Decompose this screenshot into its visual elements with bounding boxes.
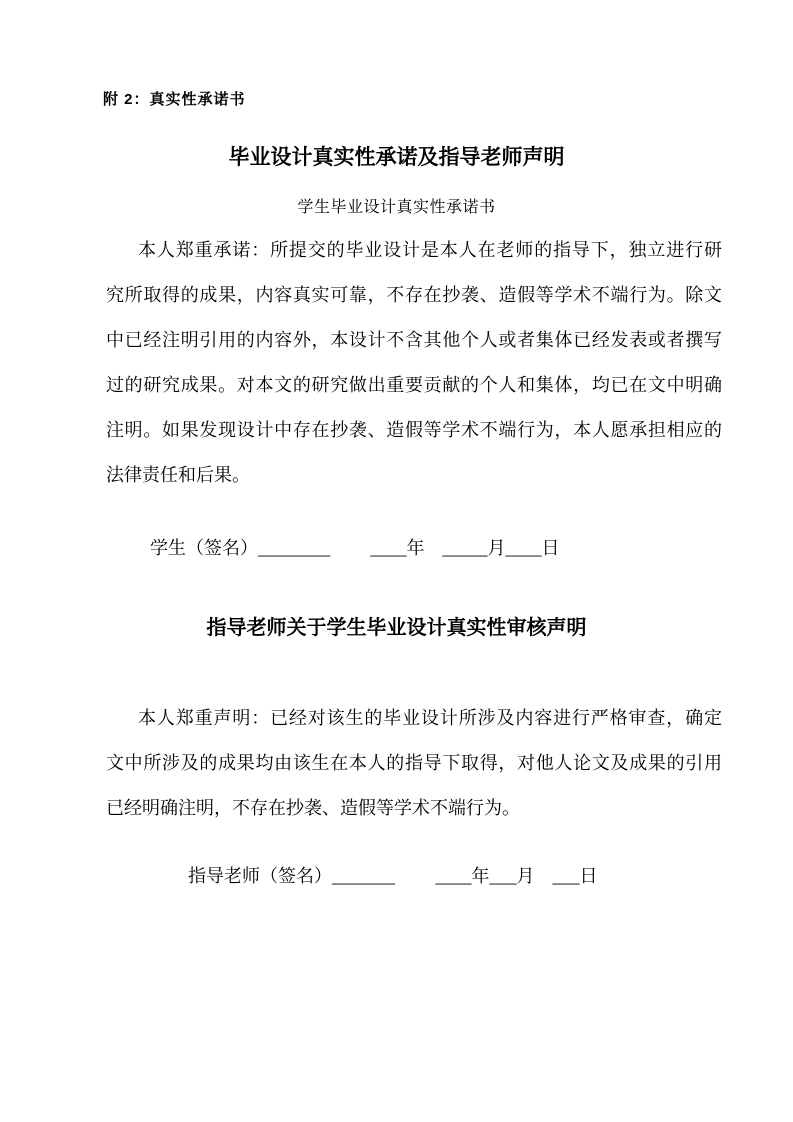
paragraph-line: 注明。如果发现设计中存在抄袭、造假等学术不端行为，本人愿承担相应的: [106, 408, 722, 453]
student-commitment-paragraph: 本人郑重承诺：所提交的毕业设计是本人在老师的指导下，独立进行研 究所取得的成果，…: [106, 228, 722, 498]
paragraph-line: 过的研究成果。对本文的研究做出重要贡献的个人和集体，均已在文中明确: [106, 363, 722, 408]
paragraph-line: 文中所涉及的成果均由该生在本人的指导下取得，对他人论文及成果的引用: [106, 741, 722, 786]
document-title: 毕业设计真实性承诺及指导老师声明: [0, 142, 793, 174]
paragraph-line: 究所取得的成果，内容真实可靠，不存在抄袭、造假等学术不端行为。除文: [106, 273, 722, 318]
paragraph-line: 本人郑重声明：已经对该生的毕业设计所涉及内容进行严格审查，确定: [106, 696, 722, 741]
advisor-paragraph: 本人郑重声明：已经对该生的毕业设计所涉及内容进行严格审查，确定 文中所涉及的成果…: [106, 696, 722, 831]
paragraph-line: 中已经注明引用的内容外，本设计不含其他个人或者集体已经发表或者撰写: [106, 318, 722, 363]
advisor-signature-line: 指导老师（签名）_______ ____年___月 ___日: [188, 864, 598, 888]
student-commitment-subtitle: 学生毕业设计真实性承诺书: [0, 196, 793, 220]
attachment-label: 附 2：真实性承诺书: [103, 90, 246, 110]
paragraph-line: 本人郑重承诺：所提交的毕业设计是本人在老师的指导下，独立进行研: [106, 228, 722, 273]
paragraph-line: 已经明确注明，不存在抄袭、造假等学术不端行为。: [106, 786, 722, 831]
paragraph-line: 法律责任和后果。: [106, 453, 722, 498]
document-page: 附 2：真实性承诺书 毕业设计真实性承诺及指导老师声明 学生毕业设计真实性承诺书…: [0, 0, 793, 1122]
advisor-heading: 指导老师关于学生毕业设计真实性审核声明: [0, 612, 793, 644]
student-signature-line: 学生（签名）________ ____年 _____月____日: [150, 536, 560, 560]
